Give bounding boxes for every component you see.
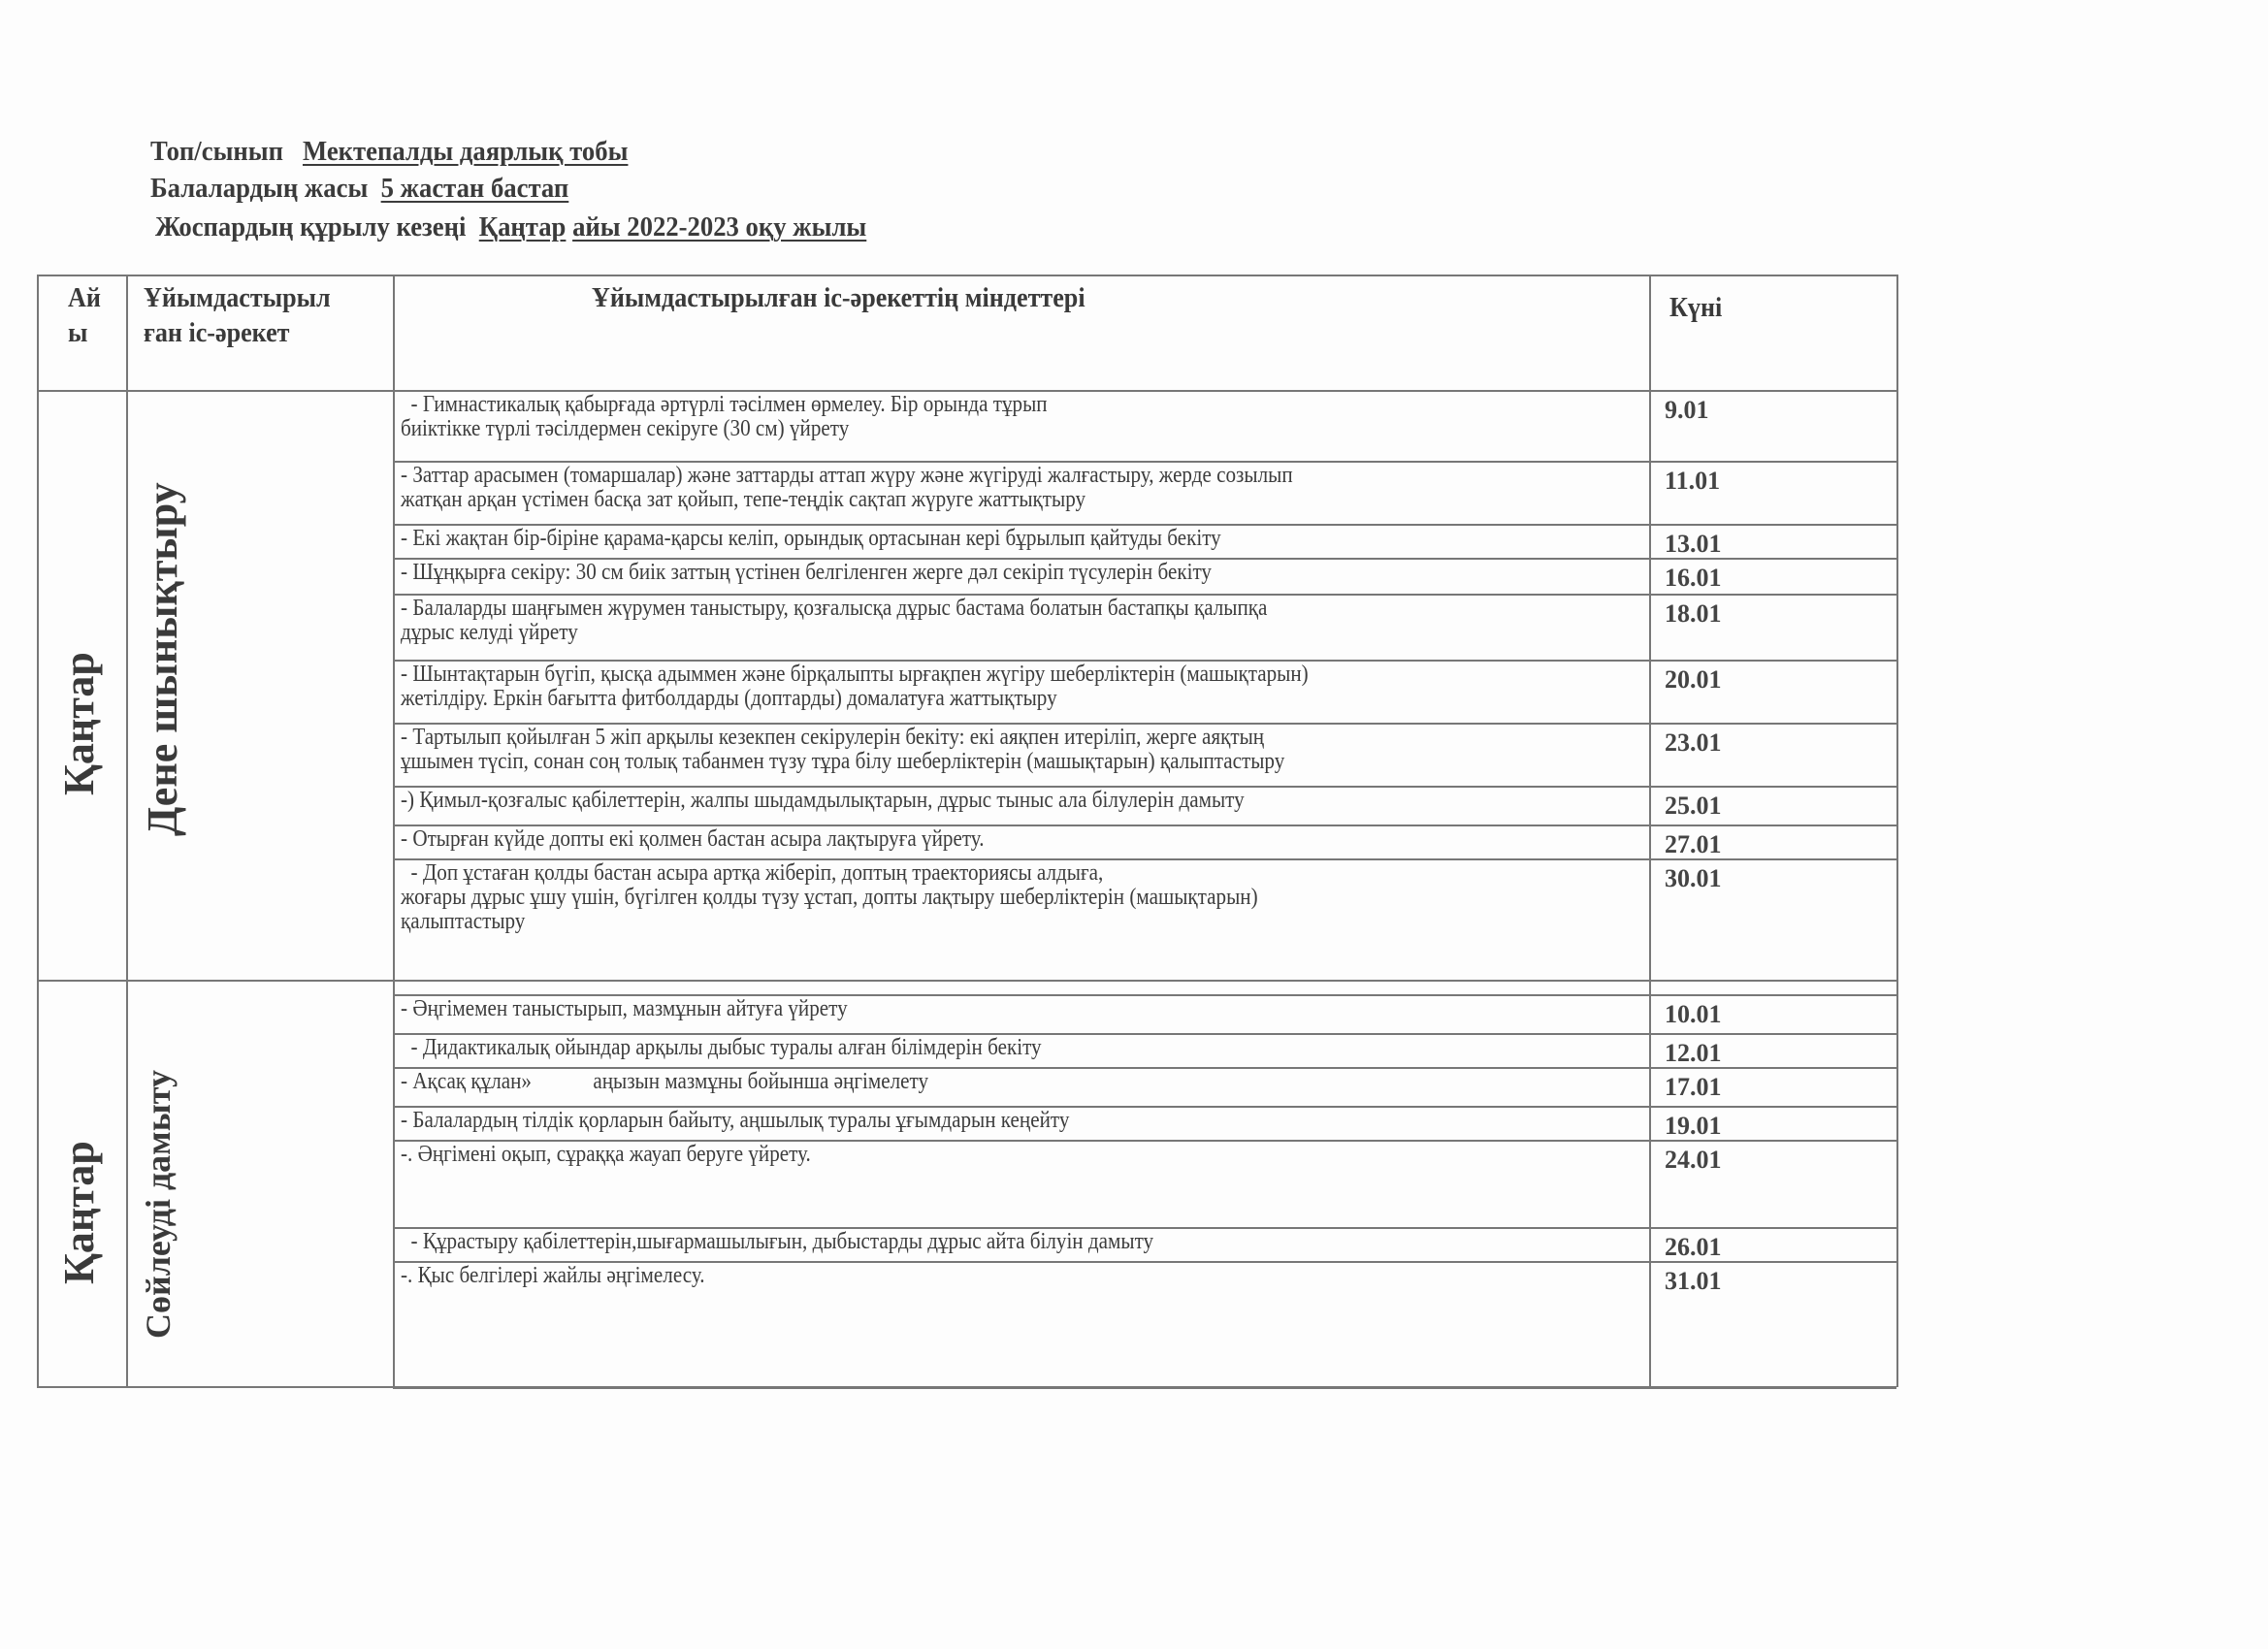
section-activity-label: Дене шынықтыру: [138, 482, 187, 836]
task-text: - Балалардың тілдік қорларын байыту, аңш…: [401, 1109, 1069, 1133]
date-cell: 9.01: [1665, 396, 1709, 425]
col-activity-header: Ұйымдастырыл ған іс-әрекет: [144, 280, 331, 350]
column-divider: [126, 275, 128, 1387]
task-text: - Балаларды шаңғымен жүрумен таныстыру, …: [401, 597, 1267, 645]
task-text: -. Әңгімені оқып, сұраққа жауап беруге ү…: [401, 1143, 811, 1167]
date-cell: 17.01: [1665, 1073, 1722, 1102]
age-value: 5 жастан бастап: [381, 173, 569, 204]
table-border-top: [37, 275, 1896, 276]
section-activity-label: Сөйлеуді дамыту: [138, 1070, 178, 1339]
task-text: - Заттар арасымен (томаршалар) және затт…: [401, 464, 1293, 512]
task-text: -. Қыс белгілері жайлы әңгімелесу.: [401, 1264, 705, 1288]
date-cell: 30.01: [1665, 864, 1722, 893]
date-cell: 13.01: [1665, 530, 1722, 559]
period-rest: айы 2022-2023 оқу жылы: [572, 211, 866, 242]
group-line: Топ/сынып Мектепалды даярлық тобы: [150, 136, 628, 168]
date-cell: 16.01: [1665, 564, 1722, 593]
task-text: - Шұңқырға секіру: 30 см биік заттың үст…: [401, 561, 1212, 585]
date-cell: 12.01: [1665, 1039, 1722, 1068]
task-text: - Дидактикалық ойындар арқылы дыбыс тура…: [401, 1036, 1042, 1060]
task-text: - Екі жақтан бір-біріне қарама-қарсы кел…: [401, 527, 1221, 551]
date-cell: 26.01: [1665, 1233, 1722, 1262]
column-divider: [1649, 275, 1651, 1387]
age-line: Балалардың жасы 5 жастан бастап: [150, 173, 568, 205]
age-label: Балалардың жасы: [150, 173, 368, 204]
date-cell: 10.01: [1665, 1000, 1722, 1029]
group-label: Топ/сынып: [150, 136, 283, 167]
row-divider: [393, 980, 1896, 982]
task-text: - Отырған күйде допты екі қолмен бастан …: [401, 827, 985, 852]
task-text: - Тартылып қойылған 5 жіп арқылы кезекпе…: [401, 726, 1284, 774]
group-value: Мектепалды даярлық тобы: [303, 136, 628, 167]
task-text: - Құрастыру қабілеттерін,шығармашылығын,…: [401, 1230, 1153, 1254]
col-month-header: Ай ы: [68, 280, 101, 350]
date-cell: 20.01: [1665, 665, 1722, 695]
task-text: - Доп ұстаған қолды бастан асыра артқа ж…: [401, 861, 1258, 934]
plan-table: Ай ы Ұйымдастырыл ған іс-әрекет Ұйымдаст…: [37, 275, 1896, 1387]
section-month-label: Қаңтар: [54, 652, 104, 795]
task-text: - Әңгімемен таныстырып, мазмұнын айтуға …: [401, 997, 848, 1021]
task-text: - Гимнастикалық қабырғада әртүрлі тәсілм…: [401, 393, 1048, 441]
period-label: Жоспардың құрылу кезеңі: [155, 211, 466, 242]
date-cell: 27.01: [1665, 830, 1722, 859]
date-cell: 24.01: [1665, 1146, 1722, 1175]
task-text: -) Қимыл-қозғалыс қабілеттерін, жалпы шы…: [401, 789, 1245, 813]
date-cell: 18.01: [1665, 599, 1722, 629]
date-cell: 31.01: [1665, 1267, 1722, 1296]
column-divider: [37, 275, 39, 1387]
task-text: - Ақсақ құлан» аңызын мазмұны бойынша әң…: [401, 1070, 928, 1094]
period-line: Жоспардың құрылу кезеңі Қаңтар айы 2022-…: [155, 211, 866, 243]
column-divider: [393, 275, 395, 1387]
date-cell: 23.01: [1665, 728, 1722, 758]
date-cell: 19.01: [1665, 1112, 1722, 1141]
period-month: Қаңтар: [479, 211, 567, 242]
date-cell: 11.01: [1665, 467, 1720, 496]
section-divider: [37, 980, 393, 982]
date-cell: 25.01: [1665, 792, 1722, 821]
task-text: - Шынтақтарын бүгіп, қысқа адыммен және …: [401, 663, 1309, 711]
row-divider: [393, 1387, 1896, 1389]
col-tasks-header: Ұйымдастырылған іс-әрекеттің міндеттері: [592, 280, 1085, 315]
section-month-label: Қаңтар: [54, 1141, 104, 1284]
column-divider: [1896, 275, 1898, 1387]
col-date-header: Күні: [1669, 290, 1722, 325]
